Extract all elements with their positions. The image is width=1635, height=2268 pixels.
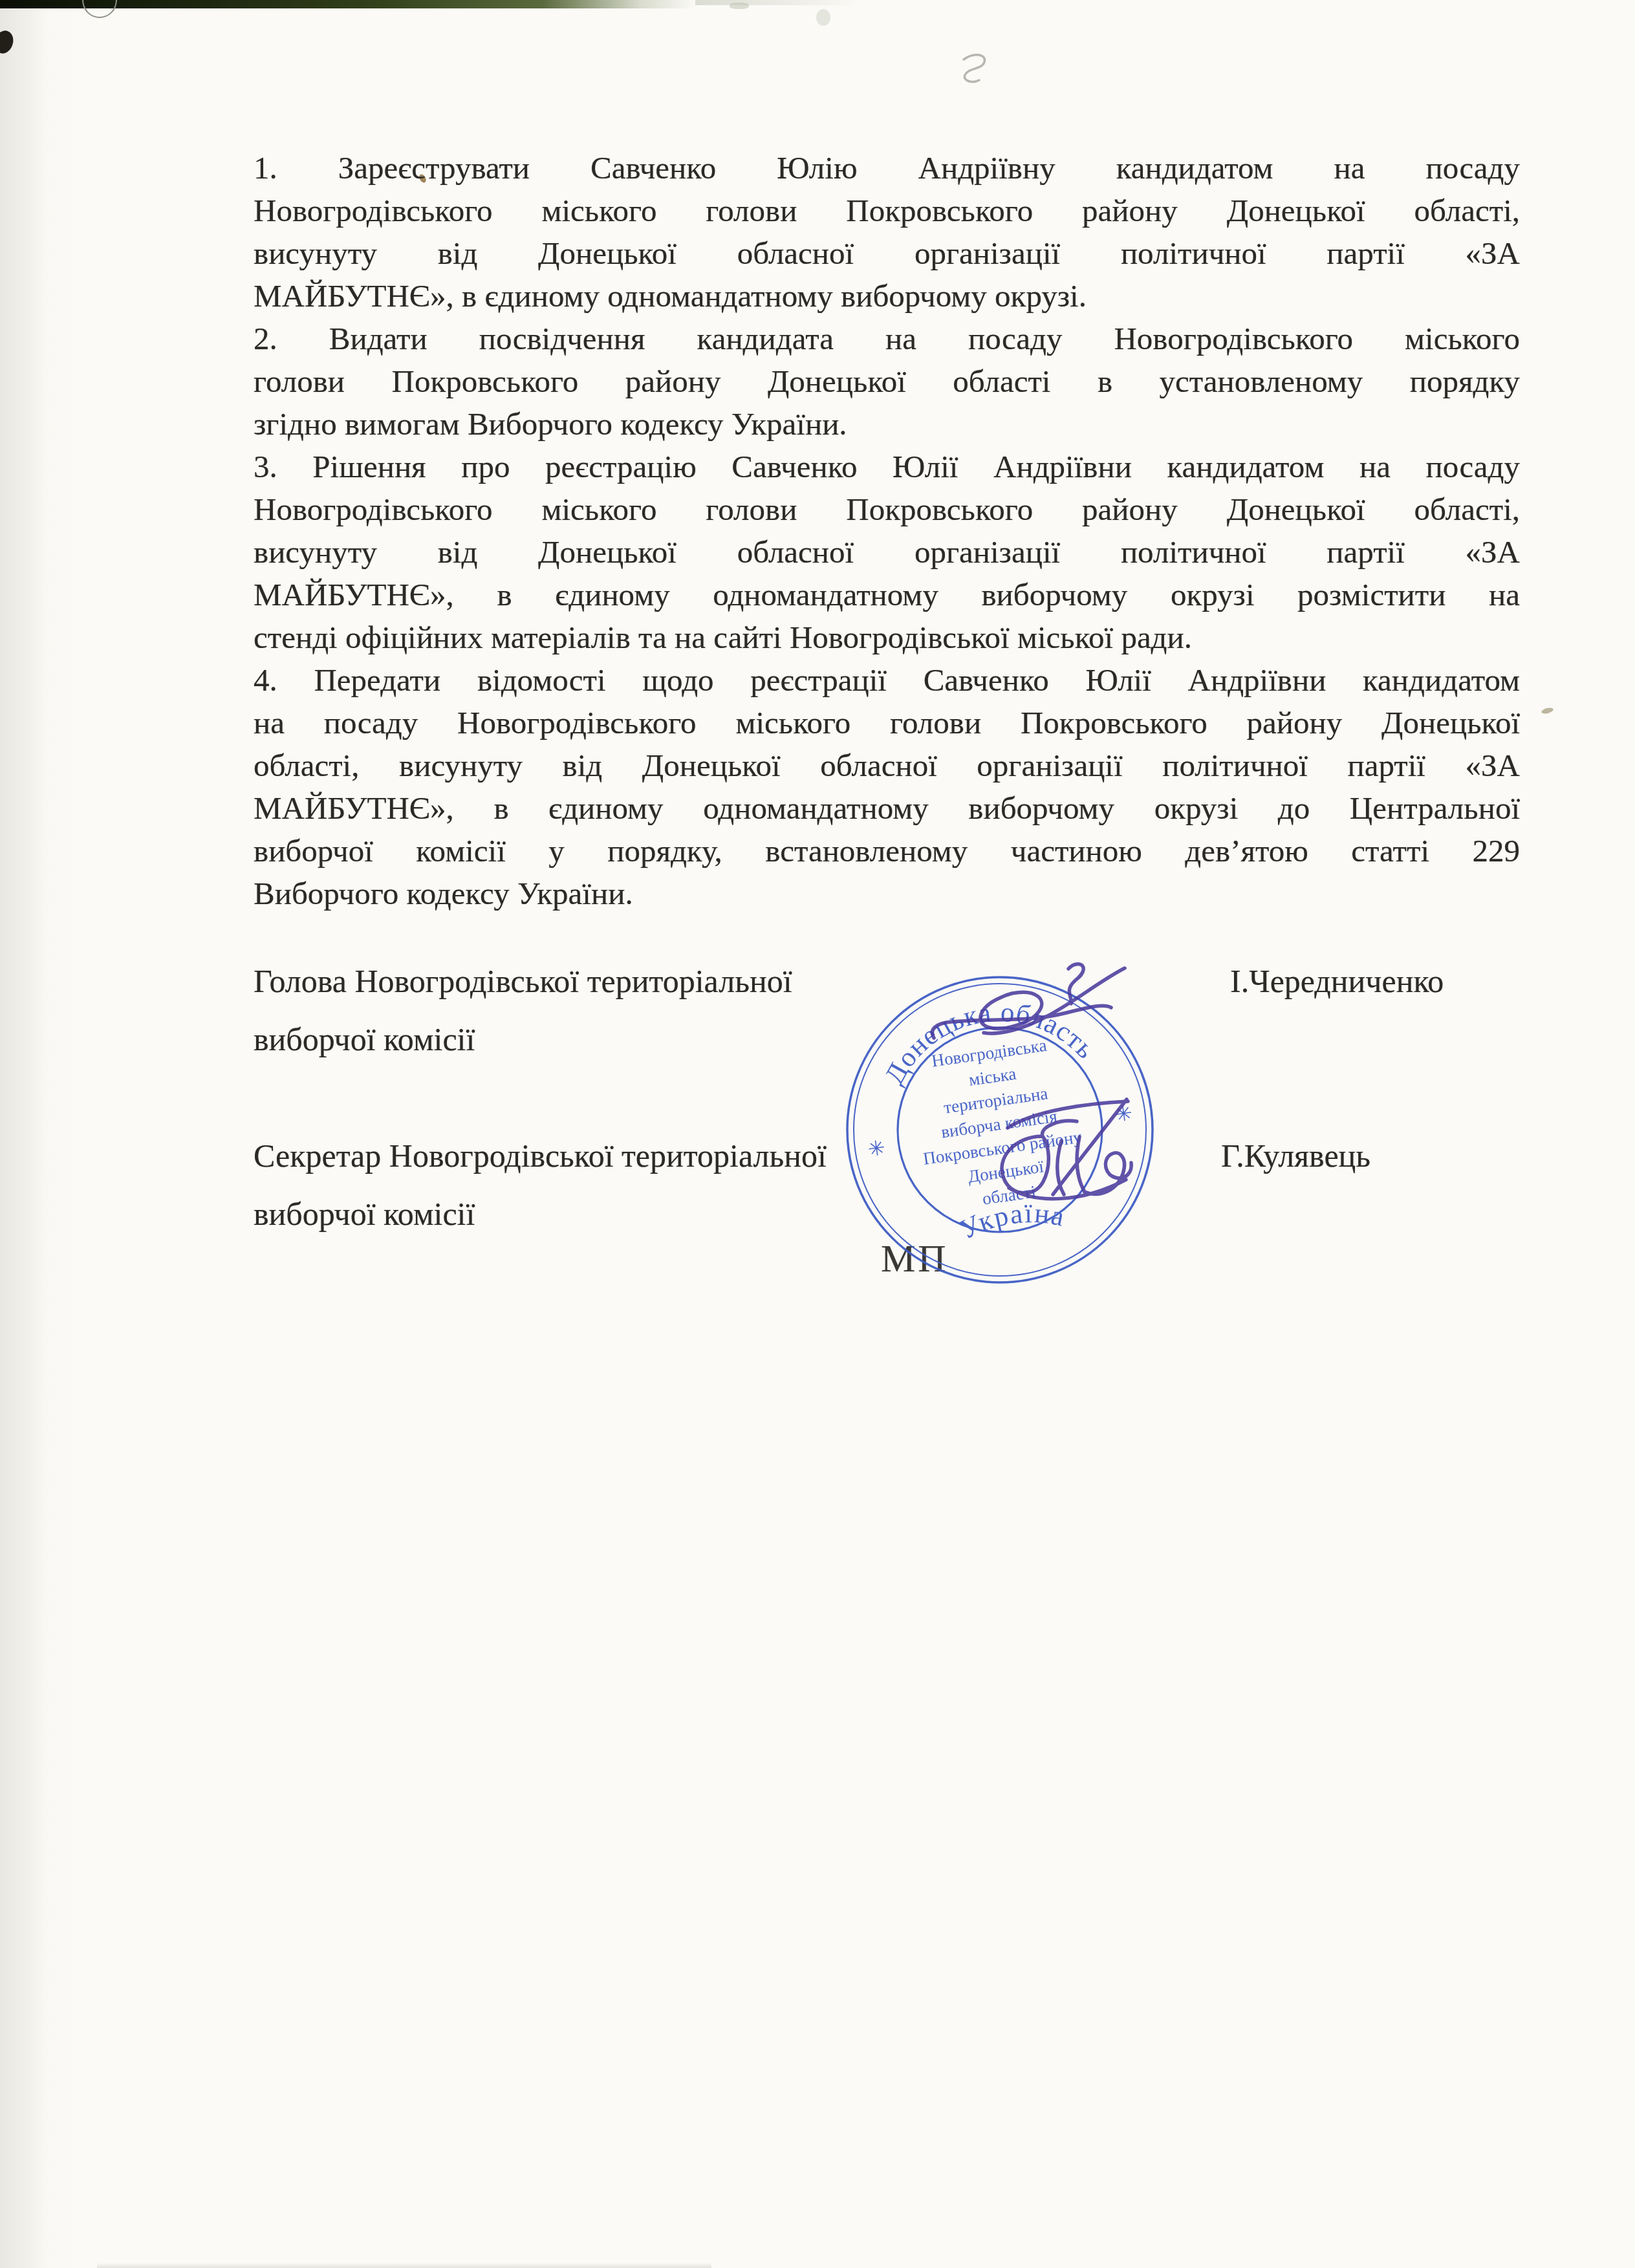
scan-pencil-squiggle <box>956 50 1001 87</box>
paragraph-3: 3. Рішення про реєстрацію Савченко Юлії … <box>254 446 1520 659</box>
text-line: 2. Видати посвідчення кандидата на посад… <box>254 318 1520 360</box>
text-line: виборчої комісії у порядку, встановленом… <box>254 830 1520 872</box>
paragraph-4: 4. Передати відомості щодо реєстрації Са… <box>254 659 1520 915</box>
stamp-center-text: Новогродівська міська територіальна вибо… <box>909 1032 1090 1216</box>
scan-speck <box>1541 707 1554 715</box>
scan-artifact-dot <box>0 28 16 56</box>
text-line: МАЙБУТНЄ», в єдиному одномандатному вибо… <box>254 787 1520 830</box>
text-line: МАЙБУТНЄ», в єдиному одномандатному вибо… <box>254 574 1520 616</box>
secretary-title-line1: Секретар Новогродівської територіальної <box>254 1137 827 1174</box>
secretary-title-line2: виборчої комісії <box>254 1195 475 1233</box>
text-line: МАЙБУТНЄ», в єдиному одномандатному вибо… <box>254 275 1520 318</box>
text-line: 3. Рішення про реєстрацію Савченко Юлії … <box>254 446 1520 488</box>
scan-speck <box>730 3 749 9</box>
text-line: 4. Передати відомості щодо реєстрації Са… <box>254 659 1520 702</box>
text-line: висунуту від Донецької обласної організа… <box>254 531 1520 574</box>
text-line: 1. Зареєструвати Савченко Юлію Андріївну… <box>254 147 1520 189</box>
scan-speck <box>816 9 830 26</box>
text-line: Новогродівського міського голови Покровс… <box>254 189 1520 232</box>
text-line: Новогродівського міського голови Покровс… <box>254 488 1520 531</box>
text-line: висунуту від Донецької обласної організа… <box>254 232 1520 275</box>
text-line: на посаду Новогродівського міського голо… <box>254 702 1520 744</box>
chairman-title-line1: Голова Новогродівської територіальної <box>254 962 792 1000</box>
scanned-document-page: 1. Зареєструвати Савченко Юлію Андріївну… <box>0 0 1635 2268</box>
scan-artifact-circle <box>82 0 117 18</box>
text-line: згідно вимогам Виборчого кодексу України… <box>254 403 1520 446</box>
scan-edge-shadow-bottom <box>97 2263 711 2268</box>
text-line: Виборчого кодексу України. <box>254 872 1520 915</box>
text-line: області, висунуту від Донецької обласної… <box>254 744 1520 787</box>
text-line: голови Покровського району Донецької обл… <box>254 360 1520 403</box>
document-body: 1. Зареєструвати Савченко Юлію Андріївну… <box>254 147 1520 915</box>
chairman-title-line2: виборчої комісії <box>254 1021 475 1058</box>
stamp-star-right-icon: ✳ <box>1114 1101 1134 1126</box>
stamp-star-left-icon: ✳ <box>866 1136 887 1161</box>
chairman-name: І.Чередниченко <box>1230 962 1444 1000</box>
scan-edge-artifact-top-tail <box>695 0 863 5</box>
paragraph-1: 1. Зареєструвати Савченко Юлію Андріївну… <box>254 147 1520 318</box>
official-round-stamp: Донецька область Україна ✳ ✳ Новогродівс… <box>838 968 1162 1291</box>
stamp-center-line: міська <box>968 1064 1017 1090</box>
secretary-name: Г.Кулявець <box>1221 1137 1370 1174</box>
text-line: стенді офіційних матеріалів та на сайті … <box>254 616 1520 659</box>
paragraph-2: 2. Видати посвідчення кандидата на посад… <box>254 318 1520 446</box>
